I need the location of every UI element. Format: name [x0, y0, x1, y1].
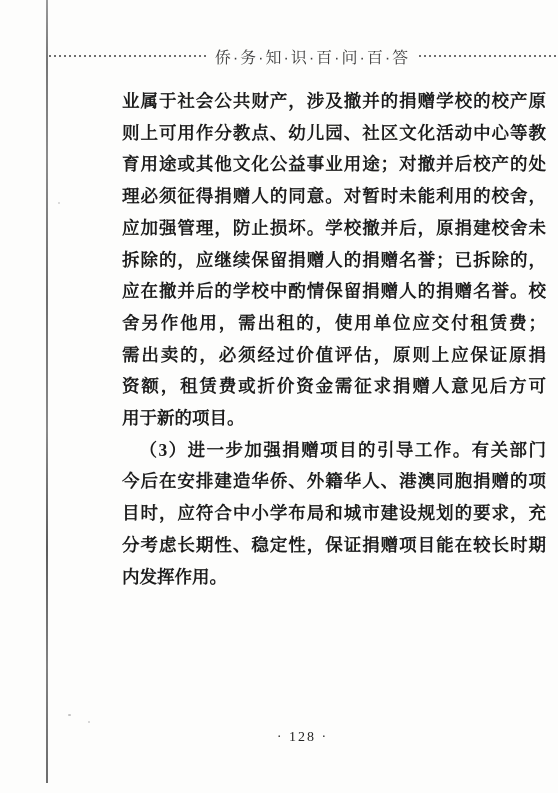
- text-line: （3）进一步加强捐赠项目的引导工作。有关部门: [122, 435, 546, 467]
- text-line: 分考虑长期性、稳定性，保证捐赠项目能在较长时期: [122, 530, 546, 562]
- running-head-title: 侨·务·知·识·百·问·百·答: [206, 45, 419, 68]
- text-line: 育用途或其他文化公益事业用途；对撤并后校产的处: [122, 149, 546, 181]
- text-line: 需出卖的，必须经过价值评估，原则上应保证原捐: [122, 340, 546, 372]
- scan-speck: [88, 721, 90, 723]
- page-number: · 128 ·: [277, 730, 328, 745]
- text-line: 则上可用作分教点、幼儿园、社区文化活动中心等教: [122, 118, 546, 150]
- book-page: 侨·务·知·识·百·问·百·答 业属于社会公共财产，涉及撤并的捐赠学校的校产原则…: [0, 0, 558, 793]
- page-edge-line: [46, 0, 48, 783]
- paragraph: （3）进一步加强捐赠项目的引导工作。有关部门今后在安排建造华侨、外籍华人、港澳同…: [122, 435, 546, 594]
- paragraph: 业属于社会公共财产，涉及撤并的捐赠学校的校产原则上可用作分教点、幼儿园、社区文化…: [122, 86, 546, 435]
- text-line: 业属于社会公共财产，涉及撤并的捐赠学校的校产原: [122, 86, 546, 118]
- text-line: 舍另作他用，需出租的，使用单位应交付租赁费；: [122, 308, 546, 340]
- text-line: 拆除的，应继续保留捐赠人的捐赠名誉；已拆除的，: [122, 245, 546, 277]
- text-line: 应加强管理，防止损坏。学校撤并后，原捐建校舍未: [122, 213, 546, 245]
- body-text: 业属于社会公共财产，涉及撤并的捐赠学校的校产原则上可用作分教点、幼儿园、社区文化…: [122, 86, 546, 593]
- scan-speck: [58, 202, 60, 204]
- text-line: 应在撤并后的学校中酌情保留捐赠人的捐赠名誉。校: [122, 276, 546, 308]
- page-footer: · 128 ·: [47, 730, 558, 746]
- text-line: 资额，租赁费或折价资金需征求捐赠人意见后方可: [122, 371, 546, 403]
- text-line: 内发挥作用。: [122, 562, 546, 594]
- text-line: 今后在安排建造华侨、外籍华人、港澳同胞捐赠的项: [122, 466, 546, 498]
- page-header: 侨·务·知·识·百·问·百·答: [47, 45, 558, 67]
- scan-speck: [68, 714, 71, 716]
- text-line: 目时，应符合中小学布局和城市建设规划的要求，充: [122, 498, 546, 530]
- text-line: 理必须征得捐赠人的同意。对暂时未能利用的校舍，: [122, 181, 546, 213]
- text-line: 用于新的项目。: [122, 403, 546, 435]
